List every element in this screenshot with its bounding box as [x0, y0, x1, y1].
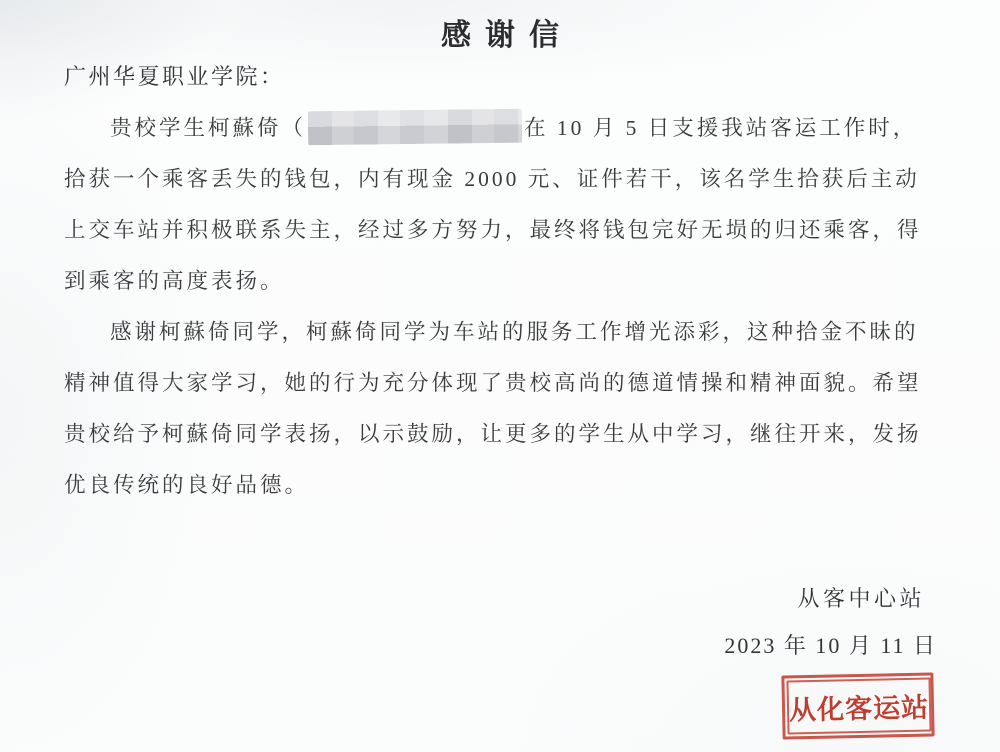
paragraph2-line2: 精神值得大家学习，她的行为充分体现了贵校高尚的德道情操和精神面貌。希望: [64, 358, 938, 409]
signature-line: 从客中心站: [797, 582, 925, 613]
addressee-line: 广州华夏职业学院：: [64, 60, 285, 91]
redacted-personal-info-block: [308, 109, 522, 146]
paragraph1-line3: 上交车站并积极联系失主，经过多方努力，最终将钱包完好无埙的归还乘客，得: [64, 205, 938, 256]
paragraph2-line1: 感谢柯蘇倚同学，柯蘇倚同学为车站的服务工作增光添彩，这种拾金不昧的: [64, 307, 938, 358]
paragraph2-line4: 优良传统的良好品德。: [64, 460, 938, 511]
paragraph1-line1-suffix: 在 10 月 5 日支援我站客运工作时，: [524, 116, 917, 140]
date-line: 2023 年 10 月 11 日: [724, 629, 937, 660]
paragraph1-line1: 贵校学生柯蘇倚（在 10 月 5 日支援我站客运工作时，: [64, 103, 938, 154]
official-stamp: 从化客运站: [781, 672, 934, 739]
letter-body: 贵校学生柯蘇倚（在 10 月 5 日支援我站客运工作时， 拾获一个乘客丢失的钱包…: [64, 103, 938, 511]
paragraph1-line4: 到乘客的高度表扬。: [64, 256, 938, 307]
stamp-text: 从化客运站: [789, 685, 930, 727]
paragraph1-line1-prefix: 贵校学生柯蘇倚（: [110, 116, 306, 140]
letter-page: 感谢信 广州华夏职业学院： 贵校学生柯蘇倚（在 10 月 5 日支援我站客运工作…: [0, 0, 1000, 752]
paragraph1-line2: 拾获一个乘客丢失的钱包，内有现金 2000 元、证件若干，该名学生拾获后主动: [64, 154, 938, 205]
paragraph2-line3: 贵校给予柯蘇倚同学表扬，以示鼓励，让更多的学生从中学习，继往开来，发扬: [64, 409, 938, 460]
letter-title: 感谢信: [0, 10, 1000, 54]
stamp-inner-border: 从化客运站: [786, 677, 931, 734]
